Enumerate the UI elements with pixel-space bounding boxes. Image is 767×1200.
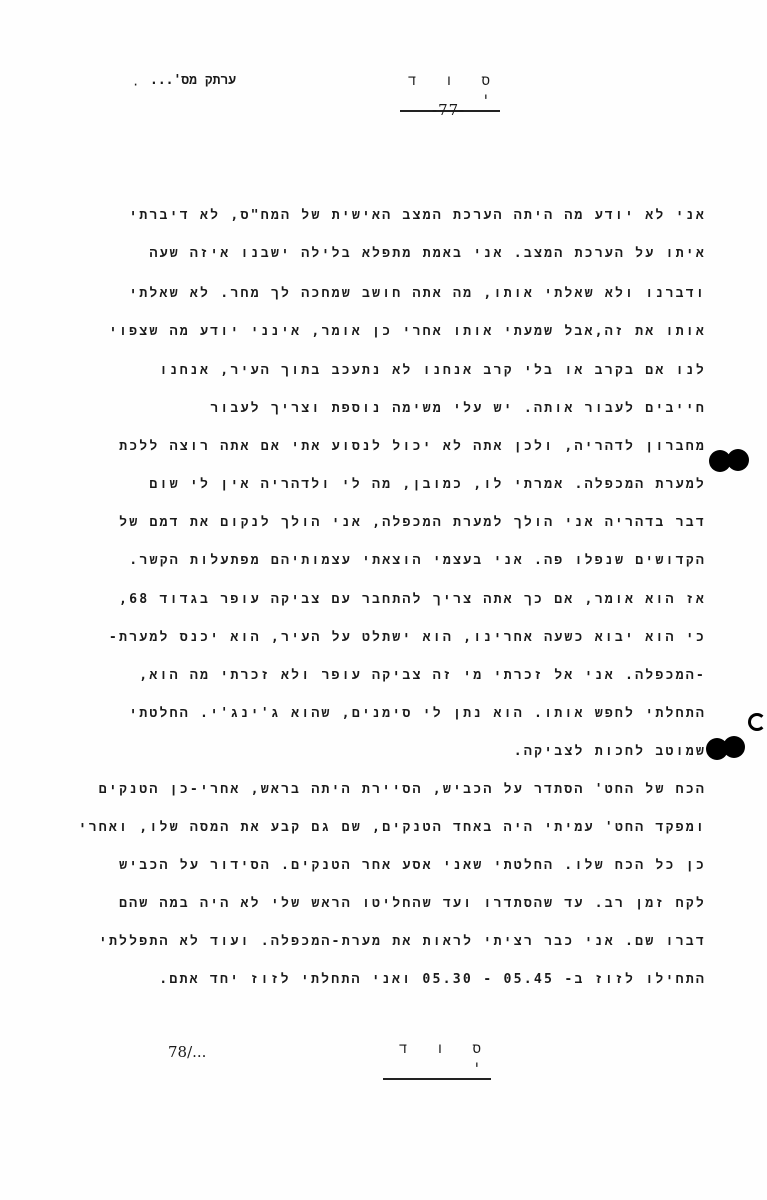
text-line: כן כל הכח שלו. החלטתי שאני אסע אחר הטנקי… [119, 857, 706, 875]
text-line: מחברון לדהריה, ולכן אתה לא יכול לנסוע את… [119, 438, 706, 456]
text-line: חייבים לעבור אותה. יש עלי משימה נוספת וצ… [210, 400, 706, 418]
punch-hole-icon [723, 736, 745, 758]
stray-mark: · [132, 78, 139, 92]
text-line: איתו על הערכת המצב. אני באמת מתפלא בלילה… [149, 245, 706, 263]
scan-mark [748, 713, 766, 731]
page-number: -77- [432, 101, 465, 119]
text-line: התחילו לזוז ב- 05.45 - 05.30 ואני התחלתי… [159, 971, 706, 989]
text-line: דבר בדהריה אני הולך למערת המכפלה, אני הו… [119, 514, 706, 532]
classification-footer: ס ו ד י [383, 1040, 491, 1080]
text-line: דברו שם. אני כבר רציתי לראות את מערת-המכ… [99, 933, 706, 951]
text-line: הכח של החט' הסתדר על הכביש, הסיירת היתה … [99, 781, 706, 799]
text-line: התחלתי לחפש אותו. הוא נתן לי סימנים, שהו… [129, 705, 706, 723]
next-page-reference: 78/... [168, 1043, 206, 1061]
text-line: לקח זמן רב. עד שהסתדרו ועד שהחליטו הראש … [119, 895, 706, 913]
text-line: אז הוא אומר, אם כך אתה צריך להתחבר עם צב… [119, 591, 706, 609]
text-line: שמוטב לחכות לצביקה. [514, 743, 706, 761]
text-line: למערת המכפלה. אמרתי לו, כמובן, מה לי ולד… [149, 476, 706, 494]
text-line: לנו אם בקרב או בלי קרב אנחנו לא נתעכב בת… [160, 362, 706, 380]
text-line: ומפקד החט' עמיתי היה באחד הטנקים, שם גם … [79, 819, 706, 837]
text-line: הקדושים שנפלו פה. אני בעצמי הוצאתי עצמות… [129, 552, 706, 570]
text-line: אני לא יודע מה היתה הערכת המצב האישית של… [129, 207, 706, 225]
document-page: · ערתק מס'... ס ו ד י -77- אני לא יודע מ… [0, 0, 767, 1200]
text-line: ודברנו ולא שאלתי אותו, מה אתה חושב שמחכה… [129, 285, 706, 303]
punch-hole-icon [727, 449, 749, 471]
text-line: כי הוא יבוא כשעה אחרינו, הוא ישתלט על הע… [109, 629, 706, 647]
text-line: אותו את זה,אבל שמעתי אותו אחרי כן אומר, … [109, 323, 706, 341]
text-line: -המכפלה. אני אל זכרתי מי זה צביקה עופר ו… [139, 667, 706, 685]
copy-number-label: ערתק מס'... [150, 73, 236, 88]
